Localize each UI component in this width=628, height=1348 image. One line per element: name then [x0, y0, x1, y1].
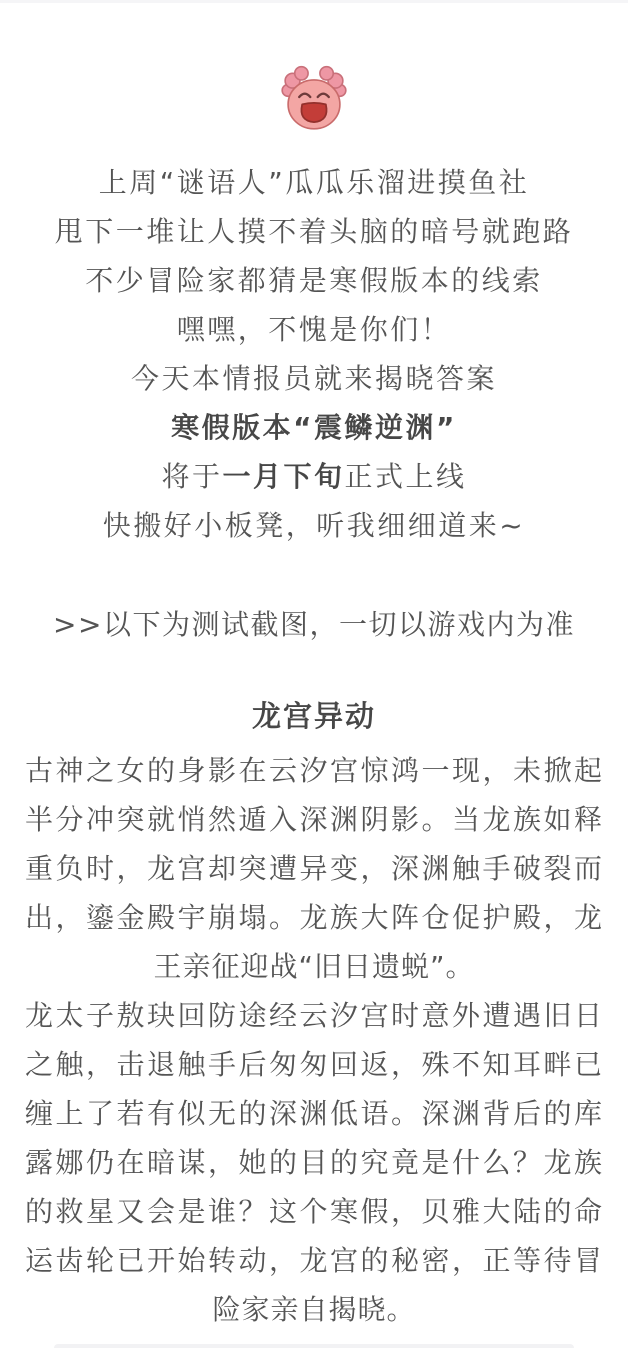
intro-line-text: 将于 [161, 460, 222, 493]
laughing-axolotl-sticker-icon [277, 62, 351, 136]
intro-line: 上周“谜语人”瓜瓜乐溜进摸鱼社 [0, 158, 628, 207]
intro-line-bold-text: 一月下旬 [222, 460, 344, 493]
intro-line-text: 甩下一堆让人摸不着头脑的暗号就跑路 [55, 215, 574, 248]
story-paragraph-2: 龙太子敖玦回防途经云汐宫时意外遭遇旧日之触，击退触手后匆匆回返，殊不知耳畔已缠上… [25, 991, 603, 1334]
intro-line: 快搬好小板凳，听我细细道来~ [0, 501, 628, 550]
disclaimer-line: >>以下为测试截图，一切以游戏内为准 [0, 600, 628, 649]
intro-line: 寒假版本“震鳞逆渊” [0, 403, 628, 452]
intro-line-text: 快搬好小板凳，听我细细道来~ [103, 509, 525, 542]
article-page: 上周“谜语人”瓜瓜乐溜进摸鱼社甩下一堆让人摸不着头脑的暗号就跑路不少冒险家都猜是… [0, 0, 628, 1348]
intro-line: 将于一月下旬正式上线 [0, 452, 628, 501]
intro-line: 不少冒险家都猜是寒假版本的线索 [0, 256, 628, 305]
intro-line-text: 上周“谜语人”瓜瓜乐溜进摸鱼社 [99, 166, 530, 199]
intro-line: 今天本情报员就来揭晓答案 [0, 354, 628, 403]
previous-content-edge [0, 0, 628, 3]
intro-line: 甩下一堆让人摸不着头脑的暗号就跑路 [0, 207, 628, 256]
intro-line: 嘿嘿，不愧是你们！ [0, 305, 628, 354]
intro-line-text: 今天本情报员就来揭晓答案 [131, 362, 497, 395]
intro-line-text: 不少冒险家都猜是寒假版本的线索 [85, 264, 543, 297]
intro-line-text: 正式上线 [345, 460, 467, 493]
section-title: 龙宫异动 [0, 692, 628, 741]
next-content-edge [54, 1344, 574, 1348]
intro-line-bold-text: 寒假版本“震鳞逆渊” [171, 411, 457, 444]
intro-line-text: 嘿嘿，不愧是你们！ [177, 313, 452, 346]
story-paragraph-1: 古神之女的身影在云汐宫惊鸿一现，未掀起半分冲突就悄然遁入深渊阴影。当龙族如释重负… [25, 746, 603, 991]
sticker-container [0, 62, 628, 136]
intro-lines: 上周“谜语人”瓜瓜乐溜进摸鱼社甩下一堆让人摸不着头脑的暗号就跑路不少冒险家都猜是… [0, 158, 628, 550]
